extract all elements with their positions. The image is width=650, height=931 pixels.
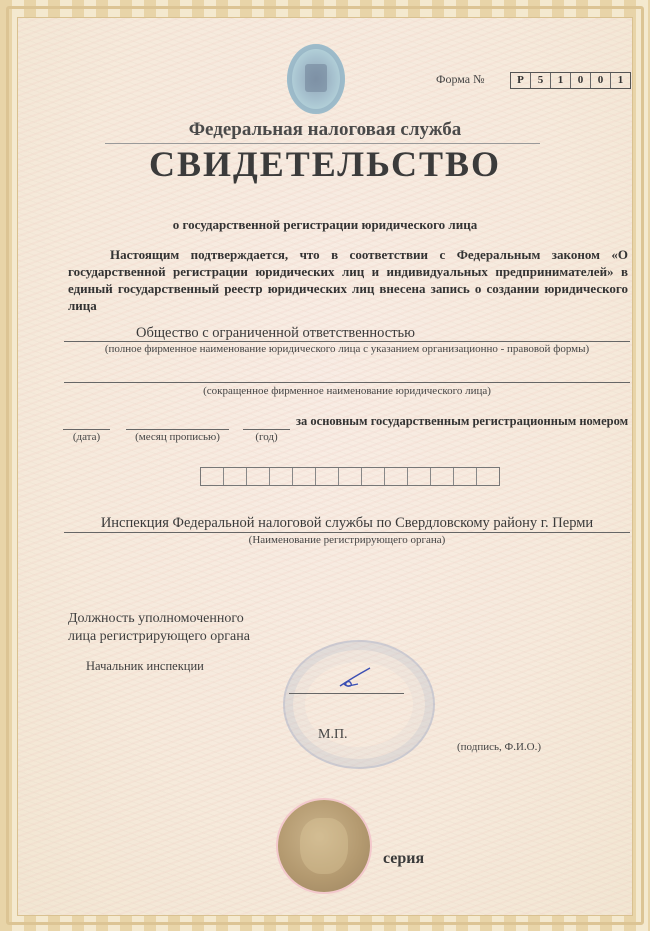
stamp-place-label: М.П. [318, 727, 348, 743]
certification-paragraph: Настоящим подтверждается, что в соответс… [68, 246, 628, 314]
registration-number-cell [339, 468, 362, 485]
registration-number-cell [224, 468, 247, 485]
hologram-emblem-icon [287, 44, 345, 114]
series-label: серия [383, 850, 424, 868]
form-number-char: Р [511, 73, 531, 88]
form-number-char: 0 [571, 73, 591, 88]
registration-number-boxes [200, 467, 500, 486]
signatory-position-label-line2: лица регистрирующего органа [68, 628, 250, 646]
agency-name: Федеральная налоговая служба [0, 119, 650, 141]
registration-number-cell [316, 468, 339, 485]
registration-number-cell [362, 468, 385, 485]
signature-line [289, 693, 404, 694]
signatory-position-value: Начальник инспекции [86, 659, 204, 674]
full-name-caption: (полное фирменное наименование юридическ… [64, 343, 630, 355]
official-stamp-icon [283, 640, 435, 769]
signature-caption: (подпись, Ф.И.О.) [457, 741, 541, 753]
certification-paragraph-text: Настоящим подтверждается, что в соответс… [68, 247, 628, 313]
registration-number-cell [201, 468, 224, 485]
date-day-line [63, 429, 110, 430]
date-year-line [243, 429, 290, 430]
authority-line [64, 532, 630, 533]
short-name-line [64, 382, 630, 383]
signatory-position-label: Должность уполномоченного лица регистрир… [68, 610, 250, 646]
registration-number-cell [477, 468, 499, 485]
registration-number-cell [385, 468, 408, 485]
registration-number-cell [293, 468, 316, 485]
date-month-line [126, 429, 229, 430]
registration-number-cell [431, 468, 454, 485]
authority-value: Инспекция Федеральной налоговой службы п… [64, 515, 630, 532]
form-number-char: 0 [591, 73, 611, 88]
full-name-line [64, 341, 630, 342]
date-day-caption: (дата) [63, 431, 110, 443]
full-name-value: Общество с ограниченной ответственностью [136, 325, 415, 342]
signature-icon [338, 666, 372, 690]
form-number-char: 5 [531, 73, 551, 88]
registration-number-cell [408, 468, 431, 485]
date-year-caption: (год) [243, 431, 290, 443]
form-number-char: 1 [551, 73, 571, 88]
short-name-caption: (сокращенное фирменное наименование юрид… [64, 385, 630, 397]
signatory-position-label-line1: Должность уполномоченного [68, 610, 250, 628]
form-number-char: 1 [611, 73, 630, 88]
registration-number-cell [247, 468, 270, 485]
form-number-boxes: Р 5 1 0 0 1 [510, 72, 631, 89]
certificate-subtitle: о государственной регистрации юридическо… [0, 217, 650, 233]
form-number-label: Форма № [436, 72, 485, 87]
certificate-title: СВИДЕТЕЛЬСТВО [0, 143, 650, 185]
registration-number-cell [454, 468, 477, 485]
authority-caption: (Наименование регистрирующего органа) [64, 534, 630, 546]
registration-number-cell [270, 468, 293, 485]
registration-number-label: за основным государственным регистрацион… [296, 414, 628, 429]
embossed-coat-of-arms-seal-icon [278, 800, 370, 892]
date-month-caption: (месяц прописью) [126, 431, 229, 443]
